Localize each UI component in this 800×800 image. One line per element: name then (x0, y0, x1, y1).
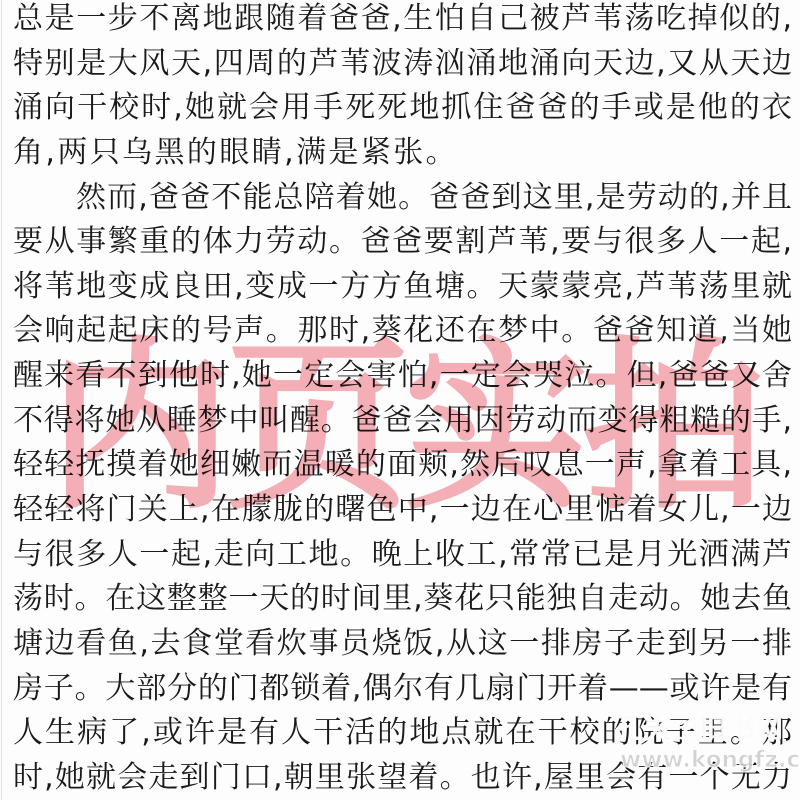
text-line: 房子。大部分的门都锁着,偶尔有几扇门开着——或许是有 (13, 667, 792, 712)
text-line: 醒来看不到他时,她一定会害怕,一定会哭泣。但,爸爸又舍 (13, 354, 792, 399)
text-line: 会响起起床的号声。那时,葵花还在梦中。爸爸知道,当她 (13, 309, 792, 354)
text-line: 轻轻抚摸着她细嫩而温暖的面颊,然后叹息一声,拿着工具, (13, 443, 792, 488)
text-line: 轻轻将门关上,在朦胧的曙色中,一边在心里惦着女儿,一边 (13, 488, 792, 533)
text-line: 要从事繁重的体力劳动。爸爸要割芦苇,要与很多人一起, (13, 220, 792, 265)
body-text: 总是一步不离地跟随着爸爸,生怕自己被芦苇荡吃掉似的, 特别是大风天,四周的芦苇波… (13, 0, 792, 800)
text-line: 特别是大风天,四周的芦苇波涛汹涌地涌向天边,又从天边 (13, 42, 792, 87)
page-edge-shadow (1, 0, 2, 800)
text-line: 涌向干校时,她就会用手死死地抓住爸爸的手或是他的衣 (13, 86, 792, 131)
text-line: 人生病了,或许是有人干活的地点就在干校的院子里。那 (13, 711, 792, 756)
text-line: 与很多人一起,走向工地。晚上收工,常常已是月光洒满芦 (13, 533, 792, 578)
text-line: 荡时。在这整整一天的时间里,葵花只能独自走动。她去鱼 (13, 577, 792, 622)
text-line: 不得将她从睡梦中叫醒。爸爸会用因劳动而变得粗糙的手, (13, 399, 792, 444)
text-line-paragraph-end: 角,两只乌黑的眼睛,满是紧张。 (13, 131, 792, 176)
text-line: 时,她就会走到门口,朝里张望着。也许,屋里会有一个无力 (13, 756, 792, 800)
book-page-photo: 总是一步不离地跟随着爸爸,生怕自己被芦苇荡吃掉似的, 特别是大风天,四周的芦苇波… (0, 0, 800, 800)
text-line: 塘边看鱼,去食堂看炊事员烧饭,从这一排房子走到另一排 (13, 622, 792, 667)
text-line: 将苇地变成良田,变成一方方鱼塘。天蒙蒙亮,芦苇荡里就 (13, 265, 792, 310)
text-line-paragraph-start: 然而,爸爸不能总陪着她。爸爸到这里,是劳动的,并且 (13, 176, 792, 221)
text-line: 总是一步不离地跟随着爸爸,生怕自己被芦苇荡吃掉似的, (13, 0, 792, 42)
